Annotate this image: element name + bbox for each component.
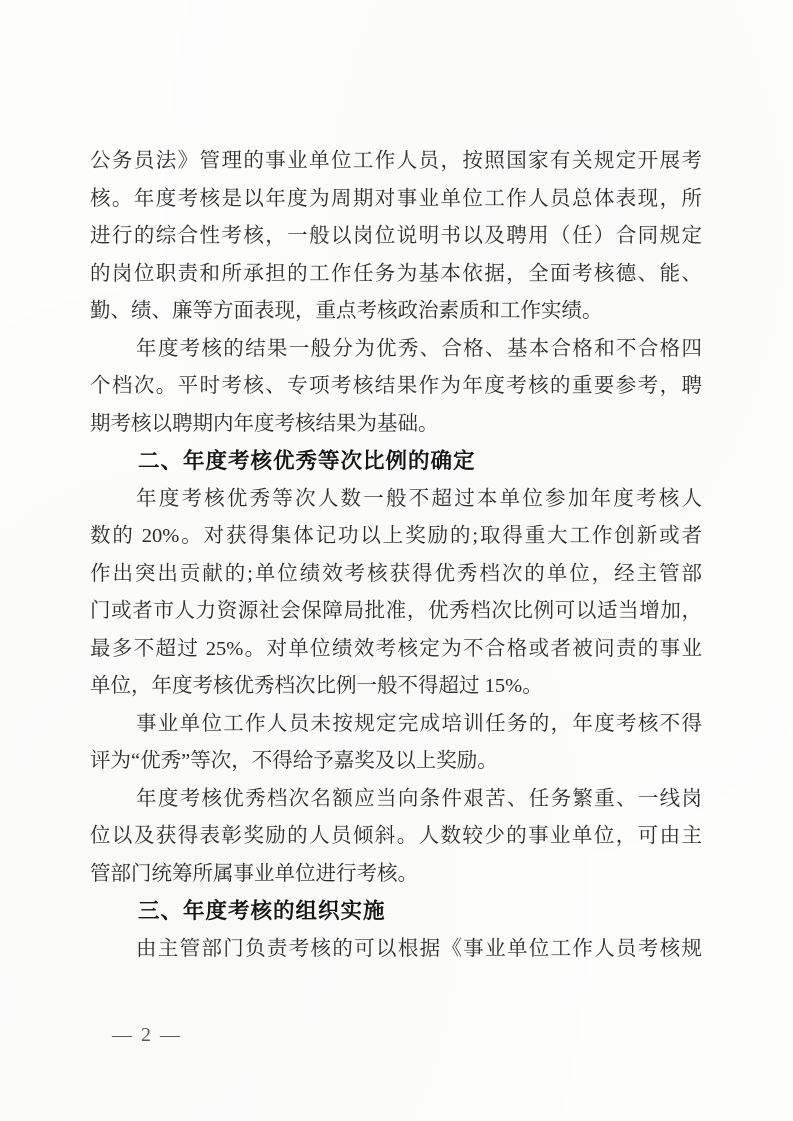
text-line: 公务员法》管理的事业单位工作人员，按照国家有关规定开展考 <box>90 143 702 181</box>
text-line: 门或者市人力资源社会保障局批准，优秀档次比例可以适当增加， <box>90 593 702 631</box>
text-line: 评为“优秀”等次，不得给予嘉奖及以上奖励。 <box>90 743 702 781</box>
paragraph: 由主管部门负责考核的可以根据《事业单位工作人员考核规 <box>90 931 702 969</box>
paragraph: 年度考核优秀等次人数一般不超过本单位参加年度考核人数的 20%。对获得集体记功以… <box>90 481 702 706</box>
text-line: 事业单位工作人员未按规定完成培训任务的，年度考核不得 <box>90 706 702 744</box>
text-line: 最多不超过 25%。对单位绩效考核定为不合格或者被问责的事业 <box>90 631 702 669</box>
text-line: 单位，年度考核优秀档次比例一般不得超过 15%。 <box>90 668 702 706</box>
paragraph: 年度考核优秀档次名额应当向条件艰苦、任务繁重、一线岗位以及获得表彰奖励的人员倾斜… <box>90 781 702 894</box>
section-heading: 三、年度考核的组织实施 <box>90 893 702 931</box>
text-line: 数的 20%。对获得集体记功以上奖励的;取得重大工作创新或者 <box>90 518 702 556</box>
page-number: — 2 — <box>112 1022 182 1048</box>
text-line: 作出突出贡献的;单位绩效考核获得优秀档次的单位，经主管部 <box>90 556 702 594</box>
paragraph: 事业单位工作人员未按规定完成培训任务的，年度考核不得评为“优秀”等次，不得给予嘉… <box>90 706 702 781</box>
document-page: 公务员法》管理的事业单位工作人员，按照国家有关规定开展考核。年度考核是以年度为周… <box>0 0 793 1121</box>
text-line: 管部门统筹所属事业单位进行考核。 <box>90 856 702 894</box>
text-line: 的岗位职责和所承担的工作任务为基本依据，全面考核德、能、 <box>90 256 702 294</box>
text-line: 年度考核优秀档次名额应当向条件艰苦、任务繁重、一线岗 <box>90 781 702 819</box>
text-line: 核。年度考核是以年度为周期对事业单位工作人员总体表现，所 <box>90 181 702 219</box>
text-line: 位以及获得表彰奖励的人员倾斜。人数较少的事业单位，可由主 <box>90 818 702 856</box>
text-line: 由主管部门负责考核的可以根据《事业单位工作人员考核规 <box>90 931 702 969</box>
paragraph: 公务员法》管理的事业单位工作人员，按照国家有关规定开展考核。年度考核是以年度为周… <box>90 143 702 331</box>
text-line: 年度考核优秀等次人数一般不超过本单位参加年度考核人 <box>90 481 702 519</box>
text-line: 年度考核的结果一般分为优秀、合格、基本合格和不合格四 <box>90 331 702 369</box>
section-heading: 二、年度考核优秀等次比例的确定 <box>90 443 702 481</box>
text-line: 个档次。平时考核、专项考核结果作为年度考核的重要参考，聘 <box>90 368 702 406</box>
document-body: 公务员法》管理的事业单位工作人员，按照国家有关规定开展考核。年度考核是以年度为周… <box>90 143 702 968</box>
paragraph: 年度考核的结果一般分为优秀、合格、基本合格和不合格四个档次。平时考核、专项考核结… <box>90 331 702 444</box>
text-line: 进行的综合性考核，一般以岗位说明书以及聘用（任）合同规定 <box>90 218 702 256</box>
text-line: 勤、绩、廉等方面表现，重点考核政治素质和工作实绩。 <box>90 293 702 331</box>
text-line: 期考核以聘期内年度考核结果为基础。 <box>90 406 702 444</box>
